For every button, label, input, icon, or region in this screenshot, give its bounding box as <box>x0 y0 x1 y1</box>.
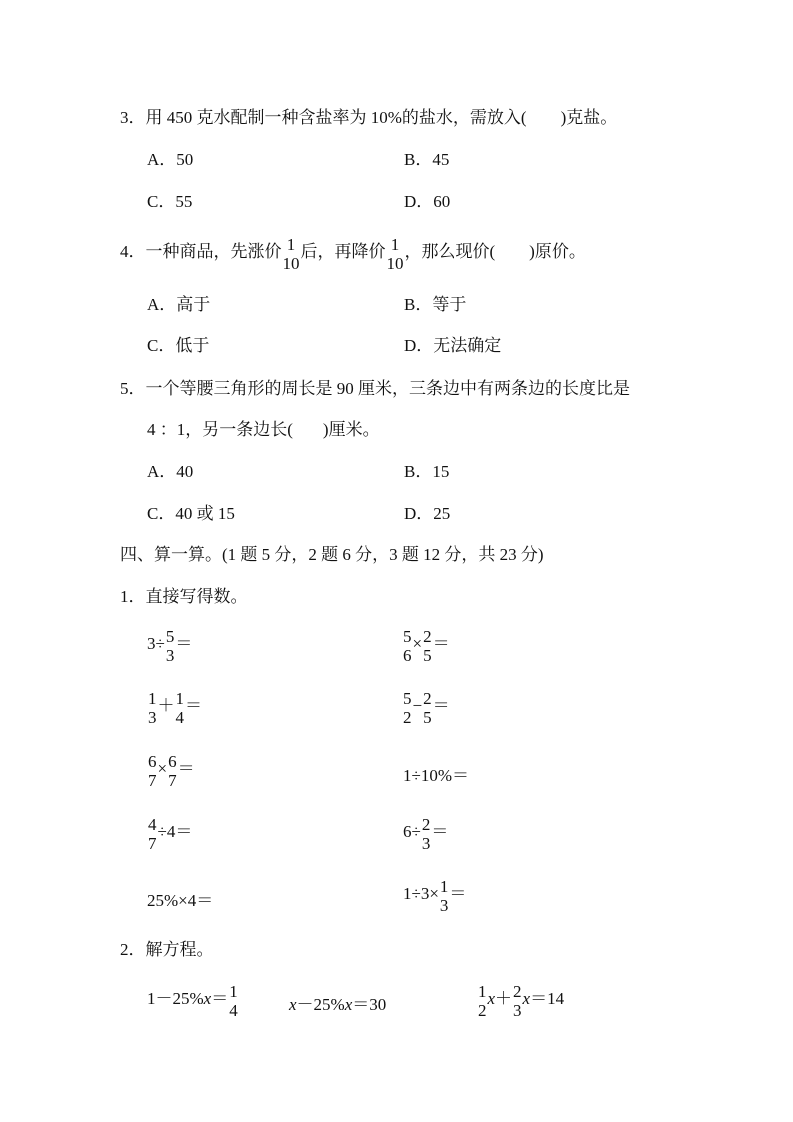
question-text: 用 450 克水配制一种含盐率为 10%的盐水，需放入( <box>146 108 527 127</box>
calc-item-10: 1÷3×13＝ <box>403 876 466 914</box>
option-b: B．45 <box>404 150 449 170</box>
fraction: 110 <box>283 235 300 273</box>
option-b: B．等于 <box>404 295 466 315</box>
question-number: 3． <box>120 108 146 127</box>
calc-item-1: 3÷53＝ <box>147 626 192 664</box>
option-a: A．40 <box>147 462 193 482</box>
subsection-title: 2．解方程。 <box>120 940 214 960</box>
calc-item-6: 1÷10%＝ <box>403 761 469 786</box>
calc-item-7: 47÷4＝ <box>147 814 192 852</box>
option-d: D．25 <box>404 504 450 524</box>
equation-3: 12x＋23x＝14 <box>477 981 564 1019</box>
option-d: D．无法确定 <box>404 336 501 356</box>
subsection-title: 1．直接写得数。 <box>120 587 248 607</box>
option-a: A．50 <box>147 150 193 170</box>
option-c: C．低于 <box>147 336 209 356</box>
option-b: B．15 <box>404 462 449 482</box>
question-number: 5． <box>120 379 146 398</box>
question-number: 4． <box>120 242 146 261</box>
calc-item-3: 13＋14＝ <box>147 688 202 726</box>
option-d: D．60 <box>404 192 450 212</box>
section-title: 四、算一算。(1 题 5 分，2 题 6 分，3 题 12 分，共 23 分) <box>120 545 544 565</box>
fraction: 110 <box>387 235 404 273</box>
option-c: C．55 <box>147 192 192 212</box>
calc-item-9: 25%×4＝ <box>147 886 213 911</box>
equation-1: 1－25%x＝14 <box>147 981 239 1019</box>
calc-item-2: 56×25＝ <box>402 626 450 664</box>
calc-item-8: 6÷23＝ <box>403 814 448 852</box>
question-3: 3．用 450 克水配制一种含盐率为 10%的盐水，需放入()克盐。 <box>120 108 617 128</box>
question-5: 5．一个等腰三角形的周长是 90 厘米，三条边中有两条边的长度比是 <box>120 379 630 399</box>
equation-2: x－25%x＝30 <box>289 990 386 1015</box>
option-c: C．40 或 15 <box>147 504 235 524</box>
calc-item-5: 67×67＝ <box>147 751 195 789</box>
option-a: A．高于 <box>147 295 210 315</box>
question-5-continued: 4 ：1，另一条边长()厘米。 <box>147 420 380 440</box>
calc-item-4: 52−25＝ <box>402 688 450 726</box>
question-4: 4．一种商品，先涨价110后，再降价110，那么现价()原价。 <box>120 232 586 272</box>
